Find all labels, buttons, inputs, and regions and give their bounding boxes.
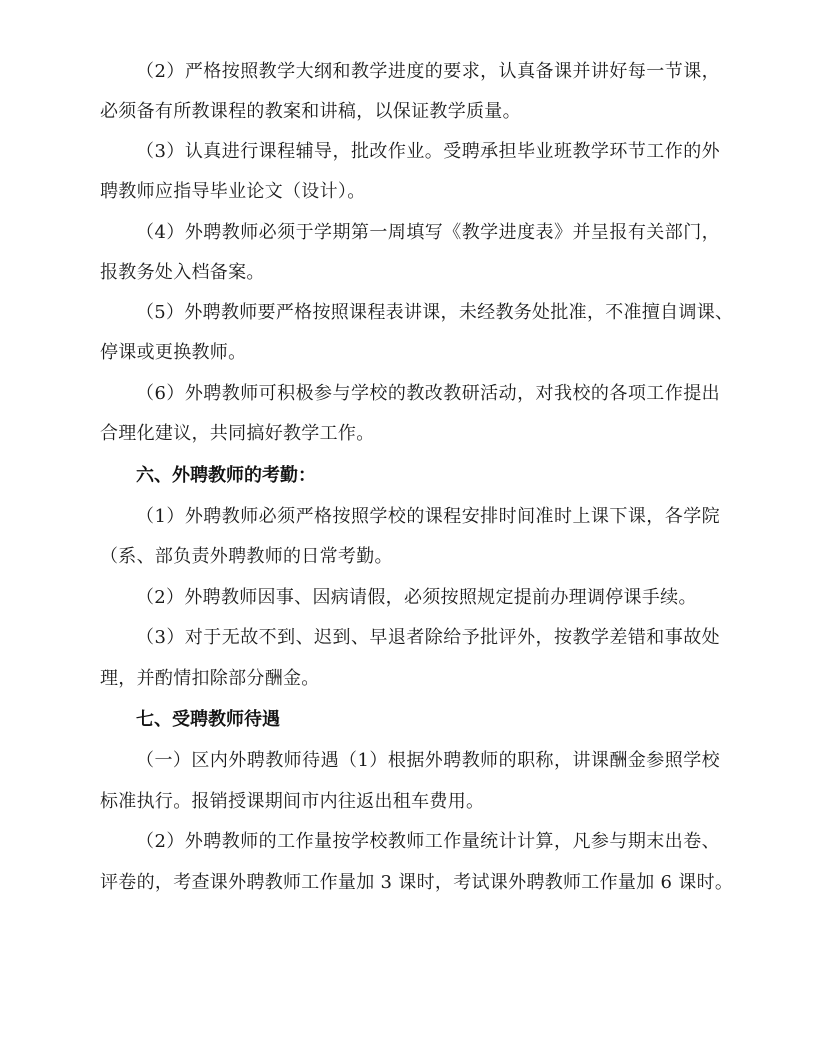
paragraph-line: （5）外聘教师要严格按照课程表讲课，未经教务处批准，不准擅自调课、 bbox=[136, 298, 720, 328]
paragraph-line: 理，并酌情扣除部分酬金。 bbox=[100, 664, 720, 694]
paragraph-line: 合理化建议，共同搞好教学工作。 bbox=[100, 419, 720, 449]
section-heading-attendance: 六、外聘教师的考勤： bbox=[136, 461, 316, 491]
document-page: （2）严格按照教学大纲和教学进度的要求，认真备课并讲好每一节课， 必须备有所教课… bbox=[0, 0, 816, 1056]
paragraph-line: （3）对于无故不到、迟到、早退者除给予批评外，按教学差错和事故处 bbox=[136, 623, 720, 653]
paragraph-line: （2）外聘教师因事、因病请假，必须按照规定提前办理调停课手续。 bbox=[136, 583, 720, 613]
paragraph-line: （系、部负责外聘教师的日常考勤。 bbox=[100, 542, 720, 572]
paragraph-line: 聘教师应指导毕业论文（设计）。 bbox=[100, 177, 720, 207]
paragraph-line: 标准执行。报销授课期间市内往返出租车费用。 bbox=[100, 787, 720, 817]
paragraph-line: 必须备有所教课程的教案和讲稿，以保证教学质量。 bbox=[100, 97, 720, 127]
paragraph-line: （6）外聘教师可积极参与学校的教改教研活动，对我校的各项工作提出 bbox=[136, 379, 720, 409]
paragraph-line: 评卷的，考查课外聘教师工作量加 3 课时，考试课外聘教师工作量加 6 课时。 bbox=[100, 868, 720, 898]
paragraph-line: （2）严格按照教学大纲和教学进度的要求，认真备课并讲好每一节课， bbox=[136, 57, 720, 87]
paragraph-line: （1）外聘教师必须严格按照学校的课程安排时间准时上课下课，各学院 bbox=[136, 502, 720, 532]
paragraph-line: （一）区内外聘教师待遇（1）根据外聘教师的职称，讲课酬金参照学校 bbox=[136, 746, 720, 776]
paragraph-line: （4）外聘教师必须于学期第一周填写《教学进度表》并呈报有关部门， bbox=[136, 218, 720, 248]
paragraph-line: （3）认真进行课程辅导，批改作业。受聘承担毕业班教学环节工作的外 bbox=[136, 137, 720, 167]
paragraph-line: 停课或更换教师。 bbox=[100, 338, 720, 368]
paragraph-line: 报教务处入档备案。 bbox=[100, 258, 720, 288]
section-heading-treatment: 七、受聘教师待遇 bbox=[136, 705, 280, 735]
paragraph-line: （2）外聘教师的工作量按学校教师工作量统计计算，凡参与期末出卷、 bbox=[136, 827, 720, 857]
